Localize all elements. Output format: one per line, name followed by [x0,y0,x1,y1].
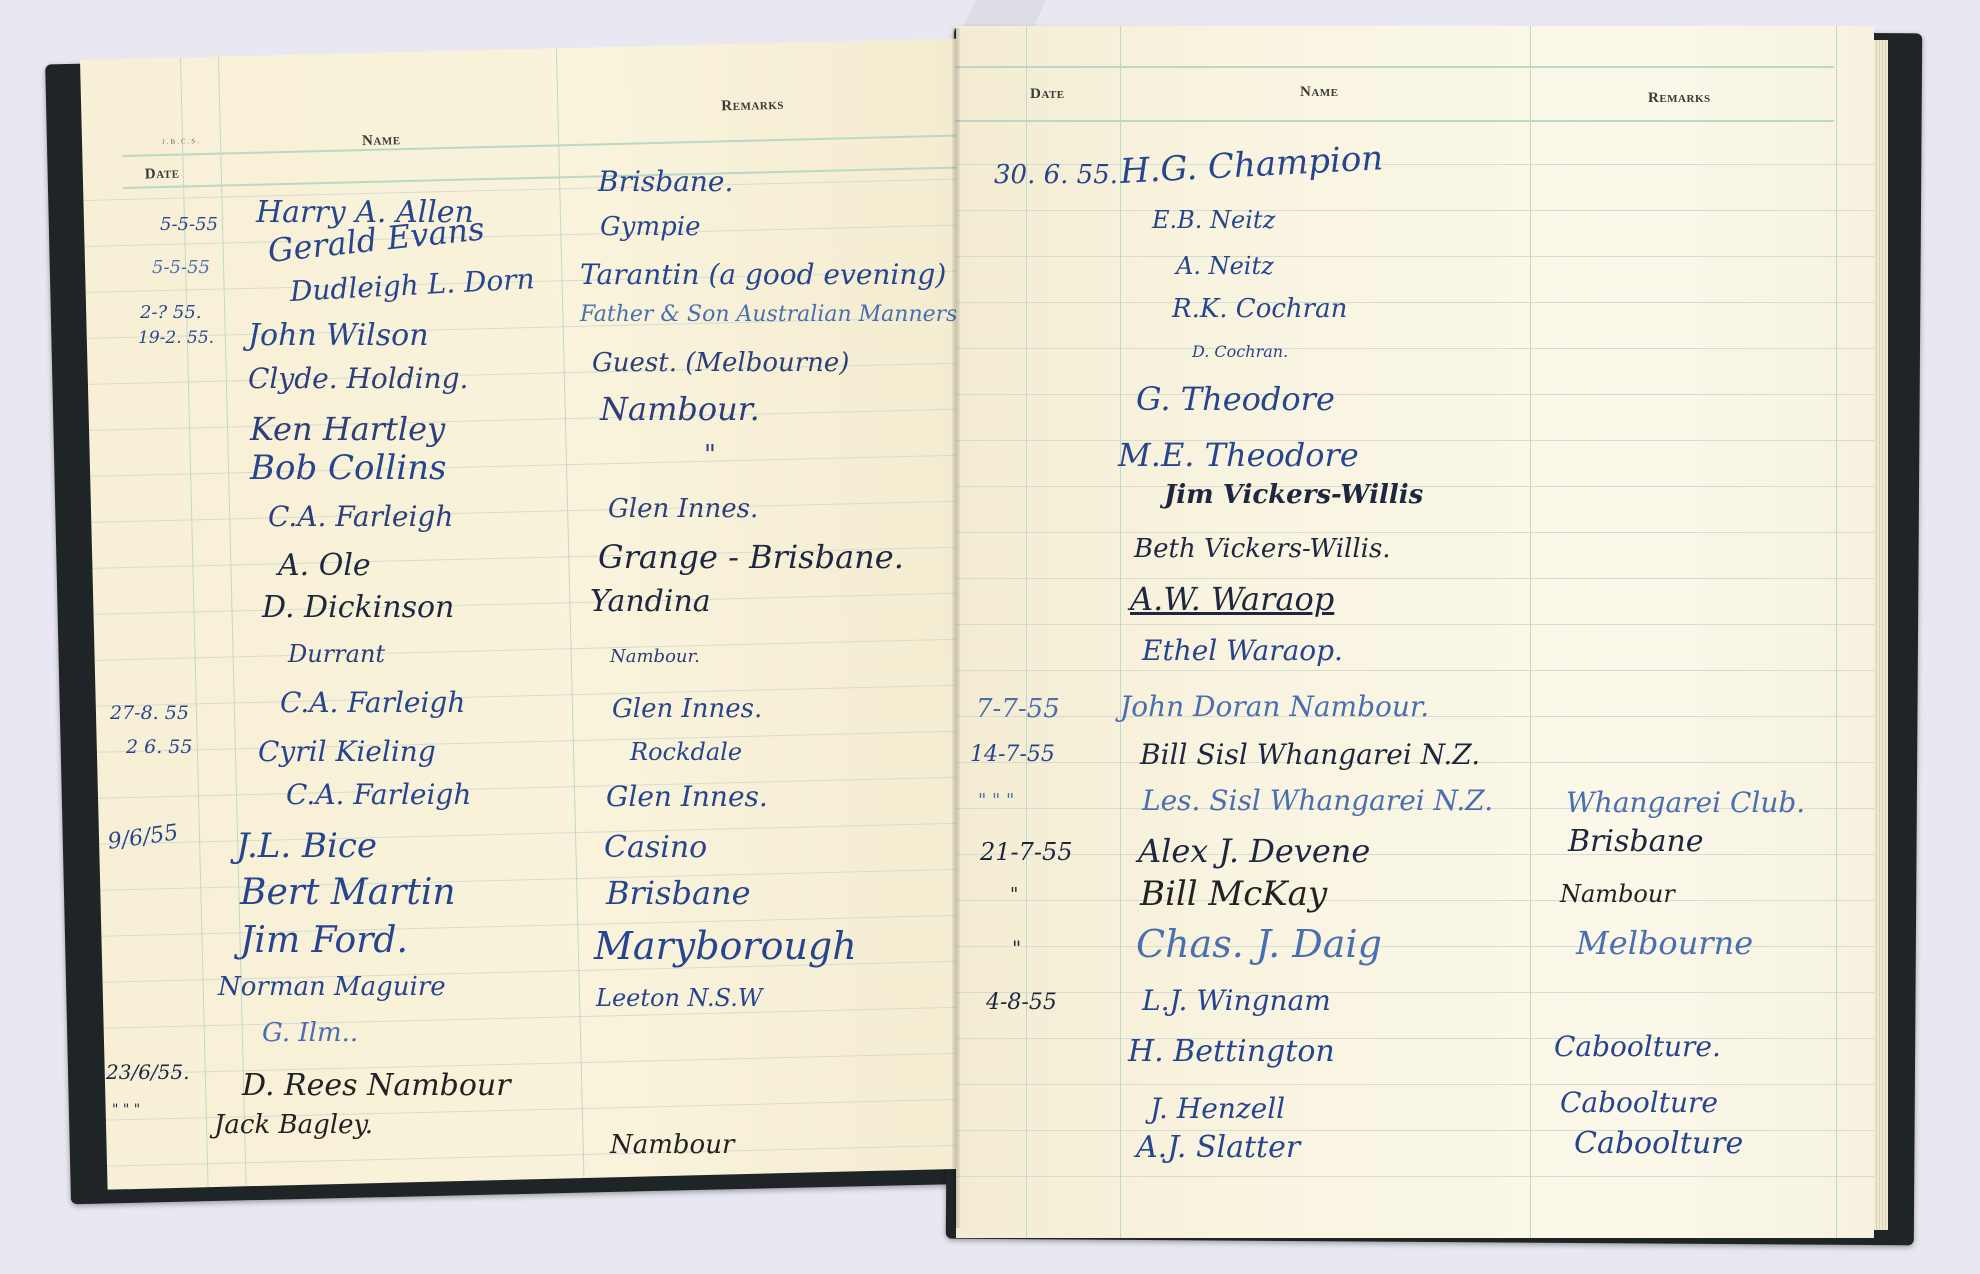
entry-remarks: Gympie [600,212,700,242]
entry-name: Clyde. Holding. [248,362,468,395]
entry-remarks: Rockdale [630,738,742,766]
entry-name: A.W. Waraop [1130,580,1334,618]
entry-date: 30. 6. 55. [994,160,1118,190]
entry-name: Norman Maguire [218,972,446,1002]
entry-remarks: Caboolture [1560,1086,1718,1119]
right-page: Date Name Remarks [956,26,1874,1238]
entry-name: A.J. Slatter [1136,1130,1300,1165]
entry-remarks: Brisbane [606,874,751,912]
entry-remarks: Glen Innes. [606,780,768,813]
entry-date: " [1010,884,1018,905]
entry-date: 5-5-55 [152,257,210,278]
entry-name: J. Henzell [1150,1092,1285,1125]
entry-name: Jim Ford. [240,920,408,961]
printer-mark: J.B.C.S. [162,137,201,146]
entry-name: Ken Hartley [250,410,445,448]
entry-remarks: Brisbane. [598,165,733,198]
entry-name: A. Neitz [1176,252,1274,280]
entry-date: 23/6/55. [106,1060,189,1084]
right-name-header: Name [1300,84,1339,101]
entry-name: Alex J. Devene [1138,832,1370,870]
entry-remarks: Glen Innes. [612,694,762,724]
entry-remarks: Casino [604,830,707,865]
entry-name: Chas. J. Daig [1136,922,1382,966]
entry-date: 21-7-55 [980,838,1073,866]
entry-name: John Doran Nambour. [1120,690,1429,723]
entry-name: R.K. Cochran [1172,294,1347,324]
left-remarks-header: Remarks [721,97,784,116]
entry-date: 7-7-55 [976,694,1060,724]
entry-date: 2-? 55. [140,302,202,323]
entry-date: 4-8-55 [986,990,1057,1015]
entry-name: Beth Vickers-Willis. [1134,534,1391,564]
entry-name: D. Rees Nambour [242,1068,511,1103]
left-page: J.B.C.S. Date Name Remarks [80,38,989,1189]
entry-name: H. Bettington [1128,1034,1335,1069]
entry-date: 5-5-55 [160,214,218,235]
entry-date: " " " [978,790,1014,811]
entry-name: D. Cochran. [1192,342,1288,361]
right-date-header: Date [1030,86,1065,103]
entry-remarks: Yandina [590,584,711,619]
entry-name: G. Ilm.. [262,1018,358,1048]
entry-remarks: Melbourne [1576,924,1753,962]
entry-name: E.B. Neitz [1152,206,1275,234]
entry-remarks: Caboolture. [1554,1030,1721,1063]
entry-name: Bill McKay [1140,874,1327,914]
entry-name: C.A. Farleigh [286,778,471,811]
book-spine [952,28,960,1228]
entry-name: C.A. Farleigh [280,686,465,719]
entry-date: 19-2. 55. [138,328,214,348]
left-date-header: Date [145,166,180,184]
entry-name: Ethel Waraop. [1142,634,1343,667]
entry-remarks: Grange - Brisbane. [598,538,904,576]
entry-name: M.E. Theodore [1118,436,1359,474]
entry-date: " " " [112,1102,140,1118]
entry-remarks: Tarantin (a good evening) [580,258,946,291]
entry-date: 27-8. 55 [110,702,189,724]
entry-remarks: Nambour [610,1130,734,1160]
entry-name: Durrant [288,640,385,668]
entry-name: Jack Bagley. [214,1110,373,1140]
entry-date: 14-7-55 [970,742,1055,767]
entry-name: L.J. Wingnam [1142,984,1331,1017]
entry-name: John Wilson [248,318,429,353]
entry-name: D. Dickinson [262,590,454,625]
entry-name: Bert Martin [240,872,456,913]
bookmark-ribbon [964,0,1046,26]
entry-remarks: Leeton N.S.W [596,984,763,1012]
entry-name: Jim Vickers-Willis [1164,480,1423,510]
entry-remarks: Brisbane [1568,824,1704,859]
entry-remarks: Caboolture [1574,1126,1743,1161]
entry-date: 2 6. 55 [126,736,192,758]
entry-remarks: Nambour [1560,880,1675,908]
entry-name: A. Ole [278,548,371,583]
entry-remarks: " [704,440,716,470]
left-name-header: Name [362,132,401,150]
entry-name: Bob Collins [250,448,446,488]
entry-remarks: Glen Innes. [608,494,758,524]
entry-remarks: Whangarei Club. [1566,786,1805,819]
entry-name: G. Theodore [1136,380,1335,418]
entry-remarks: Father & Son Australian Manners. [580,302,964,327]
entry-name: J.L. Bice [236,826,377,866]
entry-name: Les. Sisl Whangarei N.Z. [1142,784,1493,817]
entry-date: " [1012,936,1021,960]
right-remarks-header: Remarks [1648,90,1711,107]
entry-remarks: Maryborough [594,924,857,968]
entry-name: Bill Sisl Whangarei N.Z. [1140,738,1480,771]
entry-remarks: Guest. (Melbourne) [592,348,849,378]
page-edges [1874,40,1888,1230]
entry-remarks: Nambour. [600,390,760,428]
entry-remarks: Nambour. [610,646,700,667]
entry-name: Cyril Kieling [258,735,436,768]
entry-name: C.A. Farleigh [268,500,453,533]
